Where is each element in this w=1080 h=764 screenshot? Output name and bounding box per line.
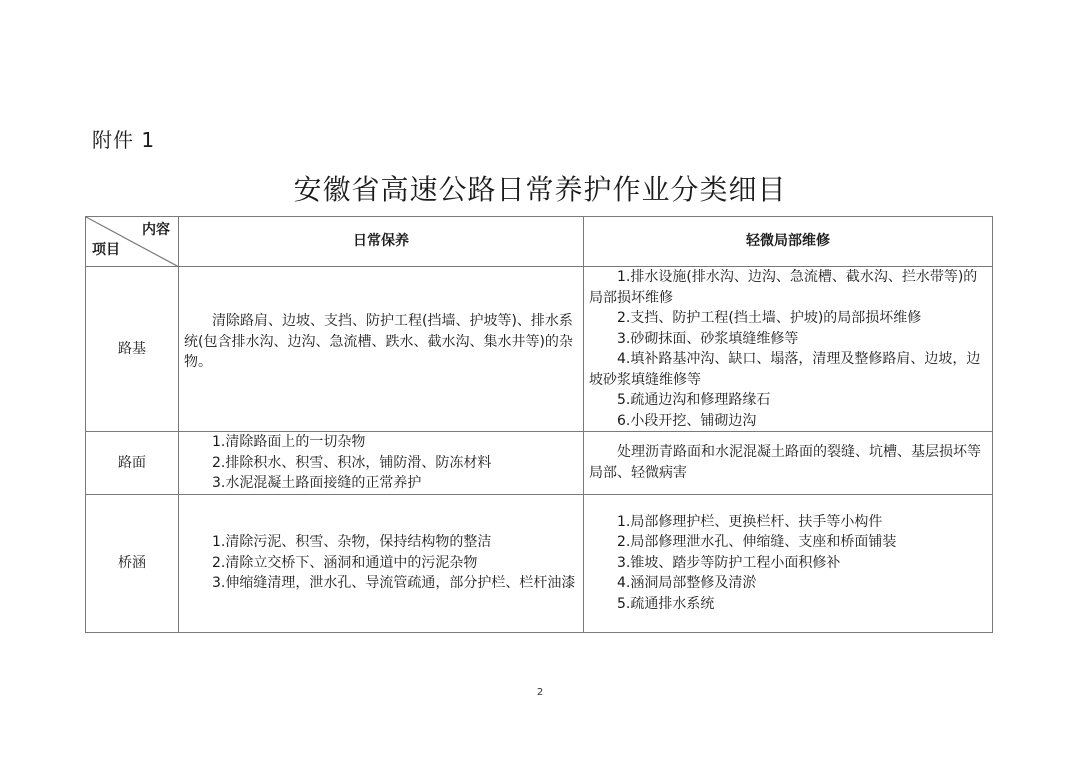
document-title: 安徽省高速公路日常养护作业分类细目	[0, 168, 1080, 208]
table-row: 桥涵 1.清除污泥、积雪、杂物，保持结构物的整洁 2.清除立交桥下、涵洞和通道中…	[86, 494, 993, 632]
cell-paragraph: 处理沥青路面和水泥混凝土路面的裂缝、坑槽、基层损坏等局部、轻微病害	[589, 442, 987, 483]
cell-line: 1.清除路面上的一切杂物	[184, 432, 578, 453]
cell-line: 6.小段开挖、铺砌边沟	[589, 411, 987, 432]
cell-line: 2.清除立交桥下、涵洞和通道中的污泥杂物	[184, 553, 578, 574]
page-number: 2	[0, 687, 1080, 698]
cell-paragraph: 清除路肩、边坡、支挡、防护工程(挡墙、护坡等)、排水系统(包含排水沟、边沟、急流…	[184, 311, 578, 373]
minor-repair-cell: 1.排水设施(排水沟、边沟、急流槽、截水沟、拦水带等)的局部损坏维修 2.支挡、…	[584, 267, 993, 432]
cell-line: 4.涵洞局部整修及清淤	[589, 573, 987, 594]
cell-line: 3.伸缩缝清理，泄水孔、导流管疏通，部分护栏、栏杆油漆	[184, 573, 578, 594]
cell-line: 1.局部修理护栏、更换栏杆、扶手等小构件	[589, 512, 987, 533]
column-header-daily-maintenance: 日常保养	[179, 217, 584, 267]
row-item-label: 桥涵	[86, 494, 179, 632]
daily-maintenance-cell: 清除路肩、边坡、支挡、防护工程(挡墙、护坡等)、排水系统(包含排水沟、边沟、急流…	[179, 267, 584, 432]
column-header-minor-repair: 轻微局部维修	[584, 217, 993, 267]
cell-line: 4.填补路基冲沟、缺口、塌落，清理及整修路肩、边坡，边坡砂浆填缝维修等	[589, 349, 987, 390]
table-header-row: 内容 项目 日常保养 轻微局部维修	[86, 217, 993, 267]
diagonal-corner-header: 内容 项目	[86, 217, 179, 267]
cell-line: 5.疏通边沟和修理路缘石	[589, 390, 987, 411]
corner-header-item: 项目	[92, 240, 120, 261]
minor-repair-cell: 1.局部修理护栏、更换栏杆、扶手等小构件 2.局部修理泄水孔、伸缩缝、支座和桥面…	[584, 494, 993, 632]
cell-line: 5.疏通排水系统	[589, 594, 987, 615]
cell-line: 3.水泥混凝土路面接缝的正常养护	[184, 473, 578, 494]
cell-line: 1.清除污泥、积雪、杂物，保持结构物的整洁	[184, 532, 578, 553]
table-row: 路基 清除路肩、边坡、支挡、防护工程(挡墙、护坡等)、排水系统(包含排水沟、边沟…	[86, 267, 993, 432]
cell-line: 2.排除积水、积雪、积冰，铺防滑、防冻材料	[184, 453, 578, 474]
cell-line: 3.锥坡、踏步等防护工程小面积修补	[589, 553, 987, 574]
cell-line: 1.排水设施(排水沟、边沟、急流槽、截水沟、拦水带等)的局部损坏维修	[589, 267, 987, 308]
minor-repair-cell: 处理沥青路面和水泥混凝土路面的裂缝、坑槽、基层损坏等局部、轻微病害	[584, 432, 993, 495]
attachment-label: 附件 1	[92, 124, 155, 153]
daily-maintenance-cell: 1.清除污泥、积雪、杂物，保持结构物的整洁 2.清除立交桥下、涵洞和通道中的污泥…	[179, 494, 584, 632]
row-item-label: 路基	[86, 267, 179, 432]
maintenance-classification-table: 内容 项目 日常保养 轻微局部维修 路基 清除路肩、边坡、支挡、防护工程(挡墙、…	[85, 216, 993, 633]
daily-maintenance-cell: 1.清除路面上的一切杂物 2.排除积水、积雪、积冰，铺防滑、防冻材料 3.水泥混…	[179, 432, 584, 495]
row-item-label: 路面	[86, 432, 179, 495]
cell-line: 3.砂砌抹面、砂浆填缝维修等	[589, 329, 987, 350]
cell-line: 2.支挡、防护工程(挡土墙、护坡)的局部损坏维修	[589, 308, 987, 329]
table-row: 路面 1.清除路面上的一切杂物 2.排除积水、积雪、积冰，铺防滑、防冻材料 3.…	[86, 432, 993, 495]
cell-line: 2.局部修理泄水孔、伸缩缝、支座和桥面铺装	[589, 532, 987, 553]
corner-header-content: 内容	[142, 220, 170, 241]
